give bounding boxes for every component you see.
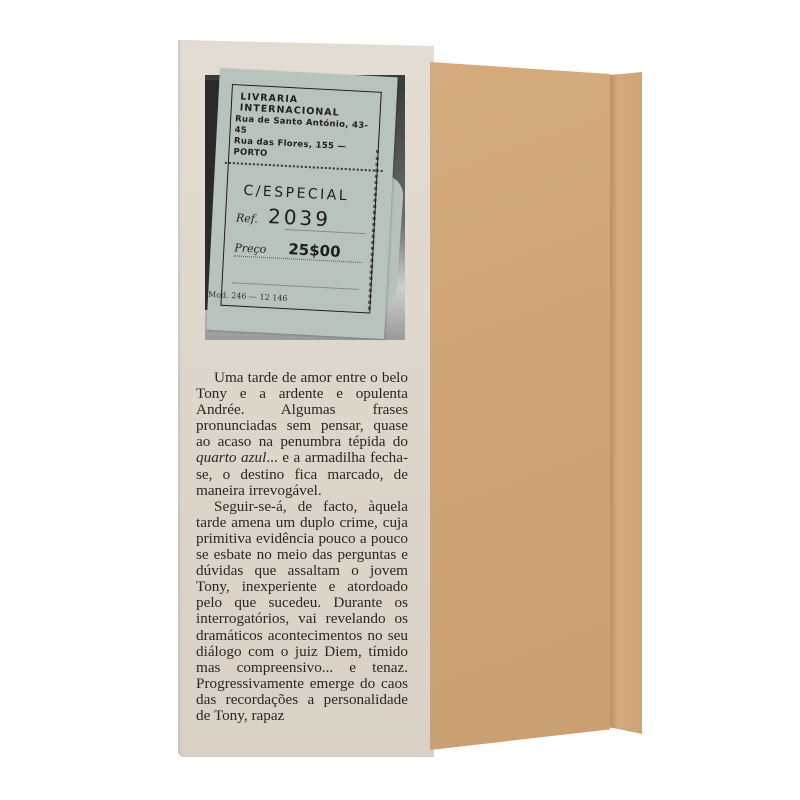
- ref-label: Ref.: [236, 211, 259, 225]
- price-label: Preço: [234, 241, 267, 256]
- price-ticket: LIVRARIA INTERNACIONAL Rua de Santo Antó…: [220, 84, 381, 314]
- spine-fold: [610, 72, 642, 734]
- price-row: Preço 25$00: [234, 237, 373, 262]
- category-label: C/ESPECIAL: [243, 183, 376, 206]
- endpaper: [430, 62, 610, 750]
- blurb-paragraph-1: Uma tarde de amor entre o belo Tony e a …: [196, 370, 408, 499]
- ref-row: Ref. 2039: [236, 202, 375, 233]
- price-value: 25$00: [288, 240, 341, 261]
- blurb-text: Uma tarde de amor entre o belo Tony e a …: [196, 369, 408, 450]
- flap-blurb: Uma tarde de amor entre o belo Tony e a …: [196, 370, 408, 724]
- blank-dotted-line: [233, 282, 359, 290]
- ref-value: 2039: [267, 204, 331, 231]
- blurb-italic-title: quarto azul: [196, 449, 266, 466]
- blurb-paragraph-2: Seguir-se-á, de facto, àquela tarde amen…: [196, 499, 408, 724]
